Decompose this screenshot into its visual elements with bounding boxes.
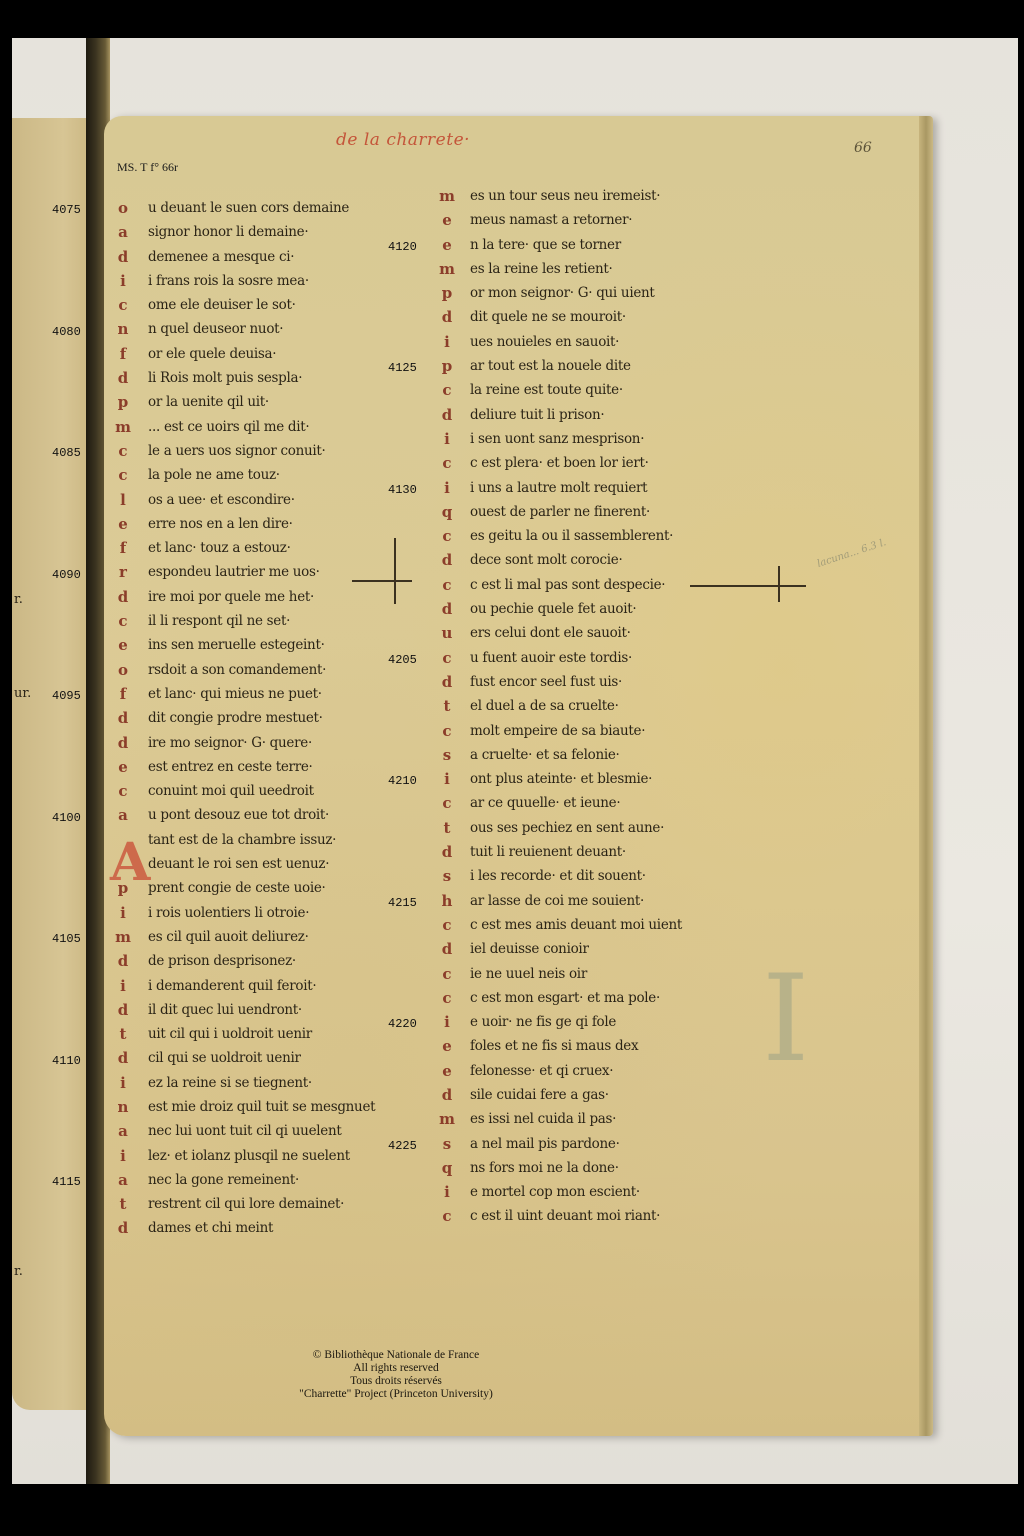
verse-line: erre nos en a len dire· xyxy=(148,512,375,536)
verse-line: ar lasse de coi me souient· xyxy=(470,889,682,913)
verse-initial: a xyxy=(114,220,132,244)
verse-initial: p xyxy=(438,354,456,378)
verse-line: ouest de parler ne finerent· xyxy=(470,500,682,524)
verse-line: le a uers uos signor conuit· xyxy=(148,439,375,463)
verse-initial: c xyxy=(114,439,132,463)
verse-line: de prison desprisonez· xyxy=(148,949,375,973)
verse-initial: l xyxy=(114,488,132,512)
cross-mark-right-vertical xyxy=(778,566,780,602)
verse-initial: a xyxy=(114,1119,132,1143)
verse-initial: p xyxy=(114,390,132,414)
verse-initial: d xyxy=(114,366,132,390)
verse-line: demenee a mesque ci· xyxy=(148,245,375,269)
verse-initial: e xyxy=(438,208,456,232)
verse-line: la reine est toute quite· xyxy=(470,378,682,402)
verse-line: felonesse· et qi cruex· xyxy=(470,1059,682,1083)
verse-line: c est plera· et boen lor iert· xyxy=(470,451,682,475)
bleed-fragment: r. xyxy=(14,1264,23,1279)
verse-line: ar ce quuelle· et ieune· xyxy=(470,791,682,815)
verse-line: or la uenite qil uit· xyxy=(148,390,375,414)
verse-line: u pont desouz eue tot droit· xyxy=(148,803,375,827)
verse-initial: m xyxy=(114,415,132,439)
verse-initial: t xyxy=(114,1192,132,1216)
verse-line: es issi nel cuida il pas· xyxy=(470,1107,682,1131)
verse-line: rsdoit a son comandement· xyxy=(148,658,375,682)
verse-initial: c xyxy=(438,378,456,402)
verse-line: n quel deuseor nuot· xyxy=(148,317,375,341)
verse-initial: d xyxy=(438,403,456,427)
verse-initial: m xyxy=(114,925,132,949)
verse-initial: t xyxy=(438,816,456,840)
verse-line: ues nouieles en sauoit· xyxy=(470,330,682,354)
verse-line: molt empeire de sa biaute· xyxy=(470,719,682,743)
cross-mark-right-horizontal xyxy=(690,585,806,587)
verse-line: ie ne uuel neis oir xyxy=(470,962,682,986)
verse-line: nec la gone remeinent· xyxy=(148,1168,375,1192)
verse-line: foles et ne fis si maus dex xyxy=(470,1034,682,1058)
verse-line: dit congie prodre mestuet· xyxy=(148,706,375,730)
verse-initial: u xyxy=(438,621,456,645)
verse-line: sile cuidai fere a gas· xyxy=(470,1083,682,1107)
line-number: 4225 xyxy=(388,1139,417,1153)
verse-line: est mie droiz quil tuit se mesgnuet xyxy=(148,1095,375,1119)
verse-line: ns fors moi ne la done· xyxy=(470,1156,682,1180)
verse-initial: i xyxy=(438,476,456,500)
verse-initial: m xyxy=(438,257,456,281)
verse-line: conuint moi quil ueedroit xyxy=(148,779,375,803)
copyright-line: Tous droits réservés xyxy=(272,1375,520,1388)
line-number: 4115 xyxy=(52,1175,81,1189)
verse-initial: o xyxy=(114,658,132,682)
verse-line: il dit quec lui uendront· xyxy=(148,998,375,1022)
verse-line: ome ele deuiser le sot· xyxy=(148,293,375,317)
verse-initial: d xyxy=(114,1046,132,1070)
bleed-fragment: ur. xyxy=(14,686,31,701)
verse-initial: s xyxy=(438,743,456,767)
verse-line: cil qui se uoldroit uenir xyxy=(148,1046,375,1070)
verse-line: c est li mal pas sont despecie· xyxy=(470,573,682,597)
verse-line: meus namast a retorner· xyxy=(470,208,682,232)
verse-line: ez la reine si se tiegnent· xyxy=(148,1071,375,1095)
verse-initial: i xyxy=(114,901,132,925)
line-number: 4100 xyxy=(52,811,81,825)
verse-initial: s xyxy=(438,1132,456,1156)
line-number: 4095 xyxy=(52,689,81,703)
illuminated-initial: A xyxy=(110,830,136,896)
verse-line: deliure tuit li prison· xyxy=(470,403,682,427)
verse-line: es geitu la ou il sassemblerent· xyxy=(470,524,682,548)
line-number: 4120 xyxy=(388,240,417,254)
verse-line: ou pechie quele fet auoit· xyxy=(470,597,682,621)
verse-initial: m xyxy=(438,184,456,208)
verse-initial: e xyxy=(114,512,132,536)
verse-initial: i xyxy=(114,974,132,998)
line-number: 4210 xyxy=(388,774,417,788)
line-number: 4125 xyxy=(388,361,417,375)
line-number: 4215 xyxy=(388,896,417,910)
verse-line: deuant le roi sen est uenuz· xyxy=(148,852,375,876)
verse-initial: m xyxy=(438,1107,456,1131)
verse-initial: d xyxy=(114,245,132,269)
verse-line: iel deuisse conioir xyxy=(470,937,682,961)
verse-line: fust encor seel fust uis· xyxy=(470,670,682,694)
verse-initial: n xyxy=(114,317,132,341)
verse-initial: p xyxy=(438,281,456,305)
verse-line: u fuent auoir este tordis· xyxy=(470,646,682,670)
verse-initial: d xyxy=(438,597,456,621)
line-number: 4220 xyxy=(388,1017,417,1031)
verse-initial: d xyxy=(114,585,132,609)
left-initials-column: oadicnfdpmcclefrdceofddecapimdidtdinaiat… xyxy=(114,196,132,1241)
verse-initial: c xyxy=(438,646,456,670)
manuscript-label: MS. T f° 66r xyxy=(117,160,178,175)
verse-line: i les recorde· et dit souent· xyxy=(470,864,682,888)
verse-initial: d xyxy=(114,949,132,973)
verse-line: prent congie de ceste uoie· xyxy=(148,876,375,900)
verse-initial: i xyxy=(114,1144,132,1168)
verse-line: et lanc· qui mieus ne puet· xyxy=(148,682,375,706)
verse-line: dames et chi meint xyxy=(148,1216,375,1240)
verse-line: c est mon esgart· et ma pole· xyxy=(470,986,682,1010)
right-initials-column: meempdipcdiciqcdcducdtcsictdshcdccieedms… xyxy=(438,184,456,1229)
verse-initial: c xyxy=(438,913,456,937)
verse-line: la pole ne ame touz· xyxy=(148,463,375,487)
verse-initial: a xyxy=(114,1168,132,1192)
verse-line: espondeu lautrier me uos· xyxy=(148,560,375,584)
verse-line: ... est ce uoirs qil me dit· xyxy=(148,415,375,439)
verse-initial: d xyxy=(438,1083,456,1107)
verse-line: ire mo seignor· G· quere· xyxy=(148,731,375,755)
verse-initial: h xyxy=(438,889,456,913)
line-number: 4105 xyxy=(52,932,81,946)
verse-line: ers celui dont ele sauoit· xyxy=(470,621,682,645)
verse-line: u deuant le suen cors demaine xyxy=(148,196,375,220)
verse-line: e uoir· ne fis ge qi fole xyxy=(470,1010,682,1034)
verse-line: lez· et iolanz plusqil ne suelent xyxy=(148,1144,375,1168)
verse-initial: d xyxy=(438,548,456,572)
verse-initial: d xyxy=(438,305,456,329)
line-number: 4130 xyxy=(388,483,417,497)
verse-line: nec lui uont tuit cil qi uuelent xyxy=(148,1119,375,1143)
verse-line: et lanc· touz a estouz· xyxy=(148,536,375,560)
verse-initial: c xyxy=(438,573,456,597)
verse-line: tant est de la chambre issuz· xyxy=(148,828,375,852)
folio-number: 66 xyxy=(854,140,872,156)
verse-line: es un tour seus neu iremeist· xyxy=(470,184,682,208)
verse-line: n la tere· que se torner xyxy=(470,233,682,257)
verse-initial: d xyxy=(114,1216,132,1240)
copyright-line: "Charrette" Project (Princeton Universit… xyxy=(272,1388,520,1401)
verse-line: restrent cil qui lore demainet· xyxy=(148,1192,375,1216)
verse-initial: c xyxy=(114,463,132,487)
line-number: 4205 xyxy=(388,653,417,667)
verse-initial: r xyxy=(114,560,132,584)
verse-line: ar tout est la nouele dite xyxy=(470,354,682,378)
verse-initial: c xyxy=(114,293,132,317)
verse-line: li Rois molt puis sespla· xyxy=(148,366,375,390)
right-verse-column: es un tour seus neu iremeist·meus namast… xyxy=(470,184,682,1229)
verse-initial: i xyxy=(438,1180,456,1204)
line-number: 4110 xyxy=(52,1054,81,1068)
verse-initial: c xyxy=(438,451,456,475)
verse-line: dece sont molt corocie· xyxy=(470,548,682,572)
verse-line: i uns a lautre molt requiert xyxy=(470,476,682,500)
verse-initial: e xyxy=(114,633,132,657)
verse-initial: i xyxy=(438,427,456,451)
verse-initial: i xyxy=(438,330,456,354)
verse-initial: o xyxy=(114,196,132,220)
left-verse-column: u deuant le suen cors demainesignor hono… xyxy=(148,196,375,1241)
verse-initial: i xyxy=(438,1010,456,1034)
verse-line: uit cil qui i uoldroit uenir xyxy=(148,1022,375,1046)
verse-line: ont plus ateinte· et blesmie· xyxy=(470,767,682,791)
verse-initial: c xyxy=(438,524,456,548)
verse-initial: c xyxy=(438,1204,456,1228)
verse-line: i frans rois la sosre mea· xyxy=(148,269,375,293)
verse-line: ous ses pechiez en sent aune· xyxy=(470,816,682,840)
verse-line: es la reine les retient· xyxy=(470,257,682,281)
bleed-fragment: r. xyxy=(14,592,23,607)
verse-initial: d xyxy=(438,670,456,694)
verse-initial: d xyxy=(438,840,456,864)
verse-initial: q xyxy=(438,1156,456,1180)
verse-line: i sen uont sanz mesprison· xyxy=(470,427,682,451)
verse-initial: f xyxy=(114,342,132,366)
verse-line: dit quele ne se mouroit· xyxy=(470,305,682,329)
copyright-line: All rights reserved xyxy=(272,1362,520,1375)
verse-line: or mon seignor· G· qui uient xyxy=(470,281,682,305)
line-number: 4075 xyxy=(52,203,81,217)
verse-initial: s xyxy=(438,864,456,888)
verse-line: a nel mail pis pardone· xyxy=(470,1132,682,1156)
verse-line: e mortel cop mon escient· xyxy=(470,1180,682,1204)
verse-line: il li respont qil ne set· xyxy=(148,609,375,633)
verse-initial: c xyxy=(438,791,456,815)
verse-line: or ele quele deuisa· xyxy=(148,342,375,366)
verse-line: el duel a de sa cruelte· xyxy=(470,694,682,718)
verse-line: ins sen meruelle estegeint· xyxy=(148,633,375,657)
verse-initial: e xyxy=(438,1034,456,1058)
verse-initial: e xyxy=(114,755,132,779)
verse-initial: d xyxy=(114,731,132,755)
verse-initial: a xyxy=(114,803,132,827)
verse-line: ire moi por quele me het· xyxy=(148,585,375,609)
line-number: 4090 xyxy=(52,568,81,582)
copyright-notice: © Bibliothèque Nationale de France All r… xyxy=(272,1349,520,1401)
verse-initial: c xyxy=(114,609,132,633)
verse-initial: d xyxy=(438,937,456,961)
cross-mark-left-vertical xyxy=(394,538,396,604)
verse-initial: c xyxy=(438,719,456,743)
verse-initial: d xyxy=(114,998,132,1022)
verse-initial: f xyxy=(114,536,132,560)
verse-line: est entrez en ceste terre· xyxy=(148,755,375,779)
verse-initial: t xyxy=(114,1022,132,1046)
verse-initial: c xyxy=(114,779,132,803)
verse-initial: i xyxy=(438,767,456,791)
verse-line: c est mes amis deuant moi uient xyxy=(470,913,682,937)
verse-line: i rois uolentiers li otroie· xyxy=(148,901,375,925)
verse-initial: n xyxy=(114,1095,132,1119)
verse-initial: t xyxy=(438,694,456,718)
verse-initial: e xyxy=(438,1059,456,1083)
line-number: 4085 xyxy=(52,446,81,460)
verse-initial: d xyxy=(114,706,132,730)
running-head: de la charrete· xyxy=(336,130,470,150)
verse-initial: f xyxy=(114,682,132,706)
verse-initial: i xyxy=(114,269,132,293)
verse-line: signor honor li demaine· xyxy=(148,220,375,244)
verse-initial: q xyxy=(438,500,456,524)
line-number: 4080 xyxy=(52,325,81,339)
verse-initial: c xyxy=(438,986,456,1010)
verse-line: es cil quil auoit deliurez· xyxy=(148,925,375,949)
verse-line: os a uee· et escondire· xyxy=(148,488,375,512)
offset-ghost-letter: I xyxy=(762,960,809,1080)
verse-line: tuit li reuienent deuant· xyxy=(470,840,682,864)
verse-line: c est il uint deuant moi riant· xyxy=(470,1204,682,1228)
verse-line: a cruelte· et sa felonie· xyxy=(470,743,682,767)
verse-line: i demanderent quil feroit· xyxy=(148,974,375,998)
cross-mark-left-horizontal xyxy=(352,580,412,582)
page-edge xyxy=(919,116,933,1436)
verse-initial: e xyxy=(438,233,456,257)
copyright-line: © Bibliothèque Nationale de France xyxy=(272,1349,520,1362)
verse-initial: i xyxy=(114,1071,132,1095)
verse-initial: c xyxy=(438,962,456,986)
